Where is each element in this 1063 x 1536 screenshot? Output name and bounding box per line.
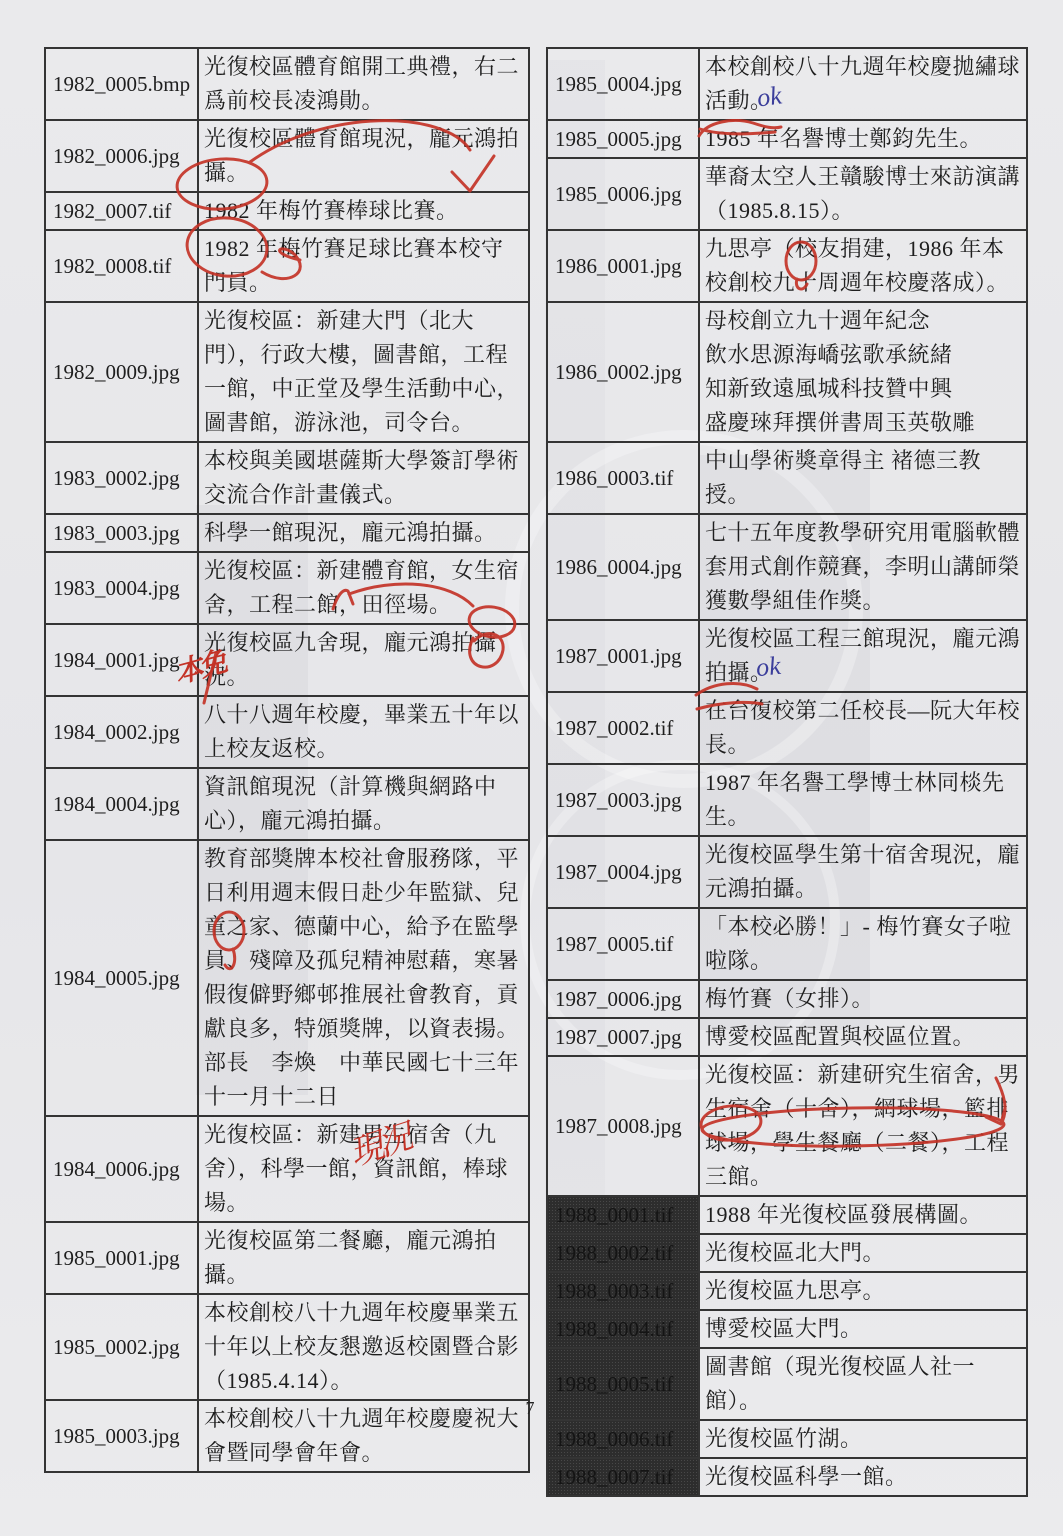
table-row: 1983_0003.jpg科學一館現況，龐元鴻拍攝。 xyxy=(45,514,529,552)
table-row: 1985_0001.jpg光復校區第二餐廳，龐元鴻拍攝。 xyxy=(45,1222,529,1294)
description-cell: 光復校區體育館現況，龐元鴻拍攝。 xyxy=(198,120,529,192)
table-row: 1987_0002.tif在台復校第二任校長—阮大年校長。 xyxy=(547,692,1027,764)
description-cell: 本校創校八十九週年校慶慶祝大會暨同學會年會。 xyxy=(198,1400,529,1472)
filename-cell: 1984_0001.jpg xyxy=(45,624,198,696)
photo-list-table-left: 1982_0005.bmp光復校區體育館開工典禮，右二爲前校長凌鴻勛。1982_… xyxy=(44,47,530,1473)
scanned-document-page: 1982_0005.bmp光復校區體育館開工典禮，右二爲前校長凌鴻勛。1982_… xyxy=(0,0,1063,1536)
table-row: 1987_0008.jpg光復校區：新建研究生宿舍，男生宿舍（十舍），網球場，籃… xyxy=(547,1056,1027,1196)
description-cell: 「本校必勝！」- 梅竹賽女子啦啦隊。 xyxy=(699,908,1027,980)
filename-cell: 1984_0005.jpg xyxy=(45,840,198,1116)
filename-cell: 1985_0003.jpg xyxy=(45,1400,198,1472)
description-cell: 光復校區：新建研究生宿舍，男生宿舍（十舍），網球場，籃排球場，學生餐廳（二餐），… xyxy=(699,1056,1027,1196)
table-row: 1984_0002.jpg八十八週年校慶，畢業五十年以上校友返校。 xyxy=(45,696,529,768)
description-cell: 光復校區工程三館現況，龐元鴻拍攝。 xyxy=(699,620,1027,692)
table-row: 1985_0002.jpg本校創校八十九週年校慶畢業五十年以上校友懇邀返校園暨合… xyxy=(45,1294,529,1400)
table-row: 1988_0005.tif圖書館（現光復校區人社一館）。 xyxy=(547,1348,1027,1420)
filename-cell: 1987_0003.jpg xyxy=(547,764,699,836)
table-row: 1983_0004.jpg光復校區：新建體育館，女生宿舍，工程二館，田徑場。 xyxy=(45,552,529,624)
right-photo-table-body: 1985_0004.jpg本校創校八十九週年校慶拋繡球活動。1985_0005.… xyxy=(547,48,1027,1496)
filename-cell: 1982_0006.jpg xyxy=(45,120,198,192)
table-row: 1984_0001.jpg光復校區九舍現，龐元鴻拍攝況。 xyxy=(45,624,529,696)
filename-cell: 1986_0002.jpg xyxy=(547,302,699,442)
filename-cell: 1984_0004.jpg xyxy=(45,768,198,840)
table-row: 1985_0004.jpg本校創校八十九週年校慶拋繡球活動。 xyxy=(547,48,1027,120)
filename-cell: 1982_0009.jpg xyxy=(45,302,198,442)
table-row: 1982_0006.jpg光復校區體育館現況，龐元鴻拍攝。 xyxy=(45,120,529,192)
filename-cell: 1987_0006.jpg xyxy=(547,980,699,1018)
filename-cell: 1982_0005.bmp xyxy=(45,48,198,120)
description-cell: 光復校區竹湖。 xyxy=(699,1420,1027,1458)
table-row: 1988_0004.tif博愛校區大門。 xyxy=(547,1310,1027,1348)
description-cell: 資訊館現況（計算機與網路中心），龐元鴻拍攝。 xyxy=(198,768,529,840)
table-row: 1982_0005.bmp光復校區體育館開工典禮，右二爲前校長凌鴻勛。 xyxy=(45,48,529,120)
table-row: 1982_0009.jpg光復校區：新建大門（北大門），行政大樓，圖書館，工程一… xyxy=(45,302,529,442)
filename-cell: 1986_0004.jpg xyxy=(547,514,699,620)
description-cell: 1985 年名譽博士鄭鈞先生。 xyxy=(699,120,1027,158)
description-cell: 梅竹賽（女排）。 xyxy=(699,980,1027,1018)
filename-cell: 1982_0008.tif xyxy=(45,230,198,302)
table-row: 1985_0006.jpg華裔太空人王贛駿博士來訪演講（1985.8.15）。 xyxy=(547,158,1027,230)
description-cell: 光復校區北大門。 xyxy=(699,1234,1027,1272)
description-cell: 母校創立九十週年紀念 飲水思源海嶠弦歌承統緒 知新致遠風城科技贊中興 盛慶琜拜撰… xyxy=(699,302,1027,442)
filename-cell: 1987_0008.jpg xyxy=(547,1056,699,1196)
table-row: 1987_0005.tif「本校必勝！」- 梅竹賽女子啦啦隊。 xyxy=(547,908,1027,980)
description-cell: 九思亭（校友捐建，1986 年本校創校九十周週年校慶落成）。 xyxy=(699,230,1027,302)
description-cell: 本校與美國堪薩斯大學簽訂學術交流合作計畫儀式。 xyxy=(198,442,529,514)
description-cell: 中山學術獎章得主 褚德三教授。 xyxy=(699,442,1027,514)
description-cell: 科學一館現況，龐元鴻拍攝。 xyxy=(198,514,529,552)
table-row: 1988_0002.tif光復校區北大門。 xyxy=(547,1234,1027,1272)
filename-cell: 1987_0005.tif xyxy=(547,908,699,980)
filename-cell: 1982_0007.tif xyxy=(45,192,198,230)
table-row: 1982_0008.tif1982 年梅竹賽足球比賽本校守門員。 xyxy=(45,230,529,302)
table-row: 1985_0005.jpg1985 年名譽博士鄭鈞先生。 xyxy=(547,120,1027,158)
table-row: 1988_0007.tif光復校區科學一館。 xyxy=(547,1458,1027,1496)
description-cell: 本校創校八十九週年校慶畢業五十年以上校友懇邀返校園暨合影（1985.4.14）。 xyxy=(198,1294,529,1400)
filename-cell: 1987_0004.jpg xyxy=(547,836,699,908)
table-row: 1986_0004.jpg七十五年度教學研究用電腦軟體套用式創作競賽，李明山講師… xyxy=(547,514,1027,620)
table-row: 1982_0007.tif1982 年梅竹賽棒球比賽。 xyxy=(45,192,529,230)
description-cell: 華裔太空人王贛駿博士來訪演講（1985.8.15）。 xyxy=(699,158,1027,230)
description-cell: 教育部獎牌本校社會服務隊，平日利用週末假日赴少年監獄、兒童之家、德蘭中心，給予在… xyxy=(198,840,529,1116)
filename-cell: 1984_0006.jpg xyxy=(45,1116,198,1222)
filename-cell: 1985_0002.jpg xyxy=(45,1294,198,1400)
description-cell: 1987 年名譽工學博士林同棪先生。 xyxy=(699,764,1027,836)
table-row: 1983_0002.jpg本校與美國堪薩斯大學簽訂學術交流合作計畫儀式。 xyxy=(45,442,529,514)
filename-cell: 1985_0006.jpg xyxy=(547,158,699,230)
filename-cell: 1988_0003.tif xyxy=(547,1272,699,1310)
filename-cell: 1988_0001.tif xyxy=(547,1196,699,1234)
description-cell: 光復校區：新建大門（北大門），行政大樓，圖書館，工程一館，中正堂及學生活動中心，… xyxy=(198,302,529,442)
table-row: 1988_0001.tif1988 年光復校區發展構圖。 xyxy=(547,1196,1027,1234)
filename-cell: 1988_0005.tif xyxy=(547,1348,699,1420)
description-cell: 七十五年度教學研究用電腦軟體套用式創作競賽，李明山講師榮獲數學組佳作獎。 xyxy=(699,514,1027,620)
description-cell: 光復校區：新建體育館，女生宿舍，工程二館，田徑場。 xyxy=(198,552,529,624)
page-number: 7 xyxy=(505,1398,555,1419)
table-row: 1987_0006.jpg梅竹賽（女排）。 xyxy=(547,980,1027,1018)
table-row: 1986_0002.jpg母校創立九十週年紀念 飲水思源海嶠弦歌承統緒 知新致遠… xyxy=(547,302,1027,442)
description-cell: 在台復校第二任校長—阮大年校長。 xyxy=(699,692,1027,764)
table-row: 1984_0004.jpg資訊館現況（計算機與網路中心），龐元鴻拍攝。 xyxy=(45,768,529,840)
filename-cell: 1983_0003.jpg xyxy=(45,514,198,552)
description-cell: 博愛校區大門。 xyxy=(699,1310,1027,1348)
table-row: 1988_0003.tif光復校區九思亭。 xyxy=(547,1272,1027,1310)
filename-cell: 1985_0001.jpg xyxy=(45,1222,198,1294)
description-cell: 1982 年梅竹賽棒球比賽。 xyxy=(198,192,529,230)
filename-cell: 1986_0001.jpg xyxy=(547,230,699,302)
description-cell: 光復校區第二餐廳，龐元鴻拍攝。 xyxy=(198,1222,529,1294)
filename-cell: 1985_0005.jpg xyxy=(547,120,699,158)
filename-cell: 1985_0004.jpg xyxy=(547,48,699,120)
description-cell: 光復校區學生第十宿舍現況，龐元鴻拍攝。 xyxy=(699,836,1027,908)
filename-cell: 1988_0002.tif xyxy=(547,1234,699,1272)
description-cell: 圖書館（現光復校區人社一館）。 xyxy=(699,1348,1027,1420)
table-row: 1986_0003.tif中山學術獎章得主 褚德三教授。 xyxy=(547,442,1027,514)
filename-cell: 1983_0004.jpg xyxy=(45,552,198,624)
description-cell: 光復校區九舍現，龐元鴻拍攝況。 xyxy=(198,624,529,696)
description-cell: 光復校區體育館開工典禮，右二爲前校長凌鴻勛。 xyxy=(198,48,529,120)
description-cell: 光復校區：新建男生宿舍（九舍），科學一館，資訊館，棒球場。 xyxy=(198,1116,529,1222)
table-row: 1984_0005.jpg教育部獎牌本校社會服務隊，平日利用週末假日赴少年監獄、… xyxy=(45,840,529,1116)
table-row: 1987_0003.jpg1987 年名譽工學博士林同棪先生。 xyxy=(547,764,1027,836)
description-cell: 光復校區科學一館。 xyxy=(699,1458,1027,1496)
description-cell: 博愛校區配置與校區位置。 xyxy=(699,1018,1027,1056)
table-row: 1987_0001.jpg光復校區工程三館現況，龐元鴻拍攝。 xyxy=(547,620,1027,692)
table-row: 1987_0004.jpg光復校區學生第十宿舍現況，龐元鴻拍攝。 xyxy=(547,836,1027,908)
table-row: 1986_0001.jpg九思亭（校友捐建，1986 年本校創校九十周週年校慶落… xyxy=(547,230,1027,302)
filename-cell: 1986_0003.tif xyxy=(547,442,699,514)
filename-cell: 1988_0007.tif xyxy=(547,1458,699,1496)
table-row: 1984_0006.jpg光復校區：新建男生宿舍（九舍），科學一館，資訊館，棒球… xyxy=(45,1116,529,1222)
description-cell: 本校創校八十九週年校慶拋繡球活動。 xyxy=(699,48,1027,120)
description-cell: 八十八週年校慶，畢業五十年以上校友返校。 xyxy=(198,696,529,768)
left-photo-table-body: 1982_0005.bmp光復校區體育館開工典禮，右二爲前校長凌鴻勛。1982_… xyxy=(45,48,529,1472)
table-row: 1988_0006.tif光復校區竹湖。 xyxy=(547,1420,1027,1458)
filename-cell: 1987_0007.jpg xyxy=(547,1018,699,1056)
filename-cell: 1987_0001.jpg xyxy=(547,620,699,692)
photo-list-table-right: 1985_0004.jpg本校創校八十九週年校慶拋繡球活動。1985_0005.… xyxy=(546,47,1028,1497)
description-cell: 1988 年光復校區發展構圖。 xyxy=(699,1196,1027,1234)
filename-cell: 1984_0002.jpg xyxy=(45,696,198,768)
filename-cell: 1988_0004.tif xyxy=(547,1310,699,1348)
filename-cell: 1983_0002.jpg xyxy=(45,442,198,514)
filename-cell: 1987_0002.tif xyxy=(547,692,699,764)
filename-cell: 1988_0006.tif xyxy=(547,1420,699,1458)
description-cell: 光復校區九思亭。 xyxy=(699,1272,1027,1310)
description-cell: 1982 年梅竹賽足球比賽本校守門員。 xyxy=(198,230,529,302)
table-row: 1985_0003.jpg本校創校八十九週年校慶慶祝大會暨同學會年會。 xyxy=(45,1400,529,1472)
table-row: 1987_0007.jpg博愛校區配置與校區位置。 xyxy=(547,1018,1027,1056)
